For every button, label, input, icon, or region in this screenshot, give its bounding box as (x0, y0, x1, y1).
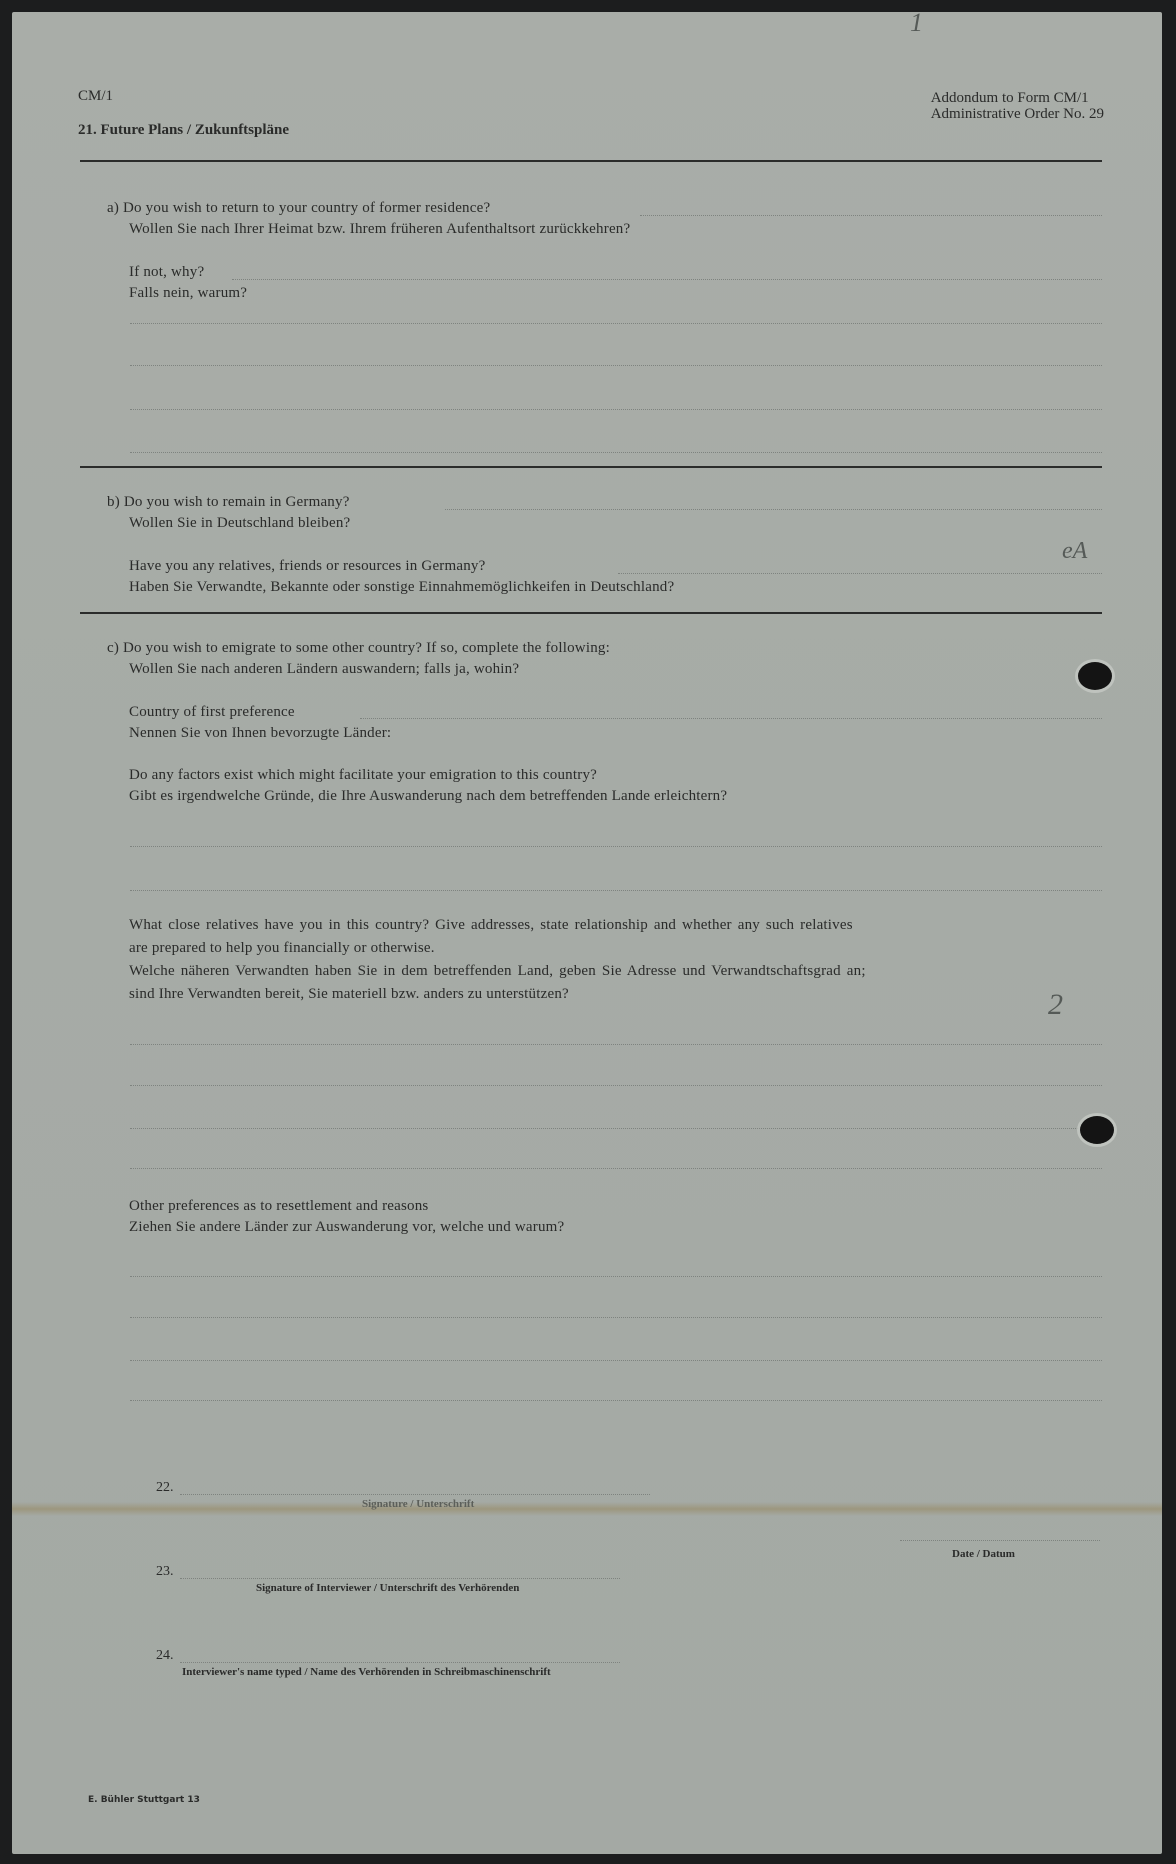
printer-imprint: E. Bühler Stuttgart 13 (88, 1795, 200, 1805)
handwritten-mark-b: eA (1062, 538, 1087, 565)
divider-a-b (80, 466, 1102, 468)
answer-line-c4-1[interactable] (130, 1044, 1102, 1045)
form-code: CM/1 (78, 88, 113, 105)
answer-line-a-4[interactable] (130, 452, 1102, 453)
addendum-note: Addondum to Form CM/1 Administrative Ord… (931, 90, 1104, 122)
punch-hole-top (1078, 662, 1112, 690)
date-field[interactable] (900, 1540, 1100, 1541)
answer-field-if-not-why[interactable] (232, 279, 1102, 280)
paper-fold (12, 1502, 1162, 1516)
section-c-question-4: What close relatives have you in this co… (129, 914, 866, 1006)
section-b-question-1: b) Do you wish to remain in Germany? Wol… (107, 492, 350, 534)
item-23-number: 23. (156, 1564, 174, 1580)
addendum-line-1: Addondum to Form CM/1 (931, 90, 1104, 106)
section-a-question-1: a) Do you wish to return to your country… (107, 198, 630, 240)
date-label: Date / Datum (952, 1548, 1015, 1560)
answer-line-a-2[interactable] (130, 365, 1102, 366)
answer-field-remain-germany[interactable] (445, 509, 1102, 510)
answer-line-c4-4[interactable] (130, 1168, 1102, 1169)
interviewer-name-field[interactable] (180, 1662, 620, 1663)
addendum-line-2: Administrative Order No. 29 (931, 106, 1104, 122)
section-c-question-2: Country of first preference Nennen Sie v… (129, 702, 391, 744)
handwritten-mark-top: 1 (910, 8, 923, 38)
interviewer-signature-field[interactable] (180, 1578, 620, 1579)
answer-line-c5-4[interactable] (130, 1400, 1102, 1401)
section-b-question-2: Have you any relatives, friends or resou… (129, 556, 674, 598)
answer-line-c4-3[interactable] (130, 1128, 1102, 1129)
signature-label: Signature / Unterschrift (362, 1498, 474, 1510)
divider-b-c (80, 612, 1102, 614)
section-title: 21. Future Plans / Zukunftspläne (78, 122, 289, 139)
section-c-question-1: c) Do you wish to emigrate to some other… (107, 638, 610, 680)
punch-hole-bottom (1080, 1116, 1114, 1144)
answer-line-c4-2[interactable] (130, 1085, 1102, 1086)
item-24-number: 24. (156, 1648, 174, 1664)
answer-line-a-1[interactable] (130, 323, 1102, 324)
answer-field-first-preference[interactable] (360, 718, 1102, 719)
section-a-question-2: If not, why? Falls nein, warum? (129, 262, 247, 304)
handwritten-mark-c: 2 (1048, 988, 1063, 1022)
answer-line-c5-2[interactable] (130, 1317, 1102, 1318)
answer-line-c3-1[interactable] (130, 846, 1102, 847)
section-c-question-5: Other preferences as to resettlement and… (129, 1196, 564, 1238)
answer-field-return[interactable] (640, 215, 1102, 216)
section-c-question-3: Do any factors exist which might facilit… (129, 765, 727, 807)
interviewer-signature-label: Signature of Interviewer / Unterschrift … (256, 1582, 519, 1594)
signature-field[interactable] (180, 1494, 650, 1495)
divider-header (80, 160, 1102, 162)
answer-field-relatives-germany[interactable] (618, 573, 1102, 574)
answer-line-c3-2[interactable] (130, 890, 1102, 891)
answer-line-a-3[interactable] (130, 409, 1102, 410)
answer-line-c5-3[interactable] (130, 1360, 1102, 1361)
interviewer-name-label: Interviewer's name typed / Name des Verh… (182, 1666, 551, 1678)
answer-line-c5-1[interactable] (130, 1276, 1102, 1277)
item-22-number: 22. (156, 1480, 174, 1496)
